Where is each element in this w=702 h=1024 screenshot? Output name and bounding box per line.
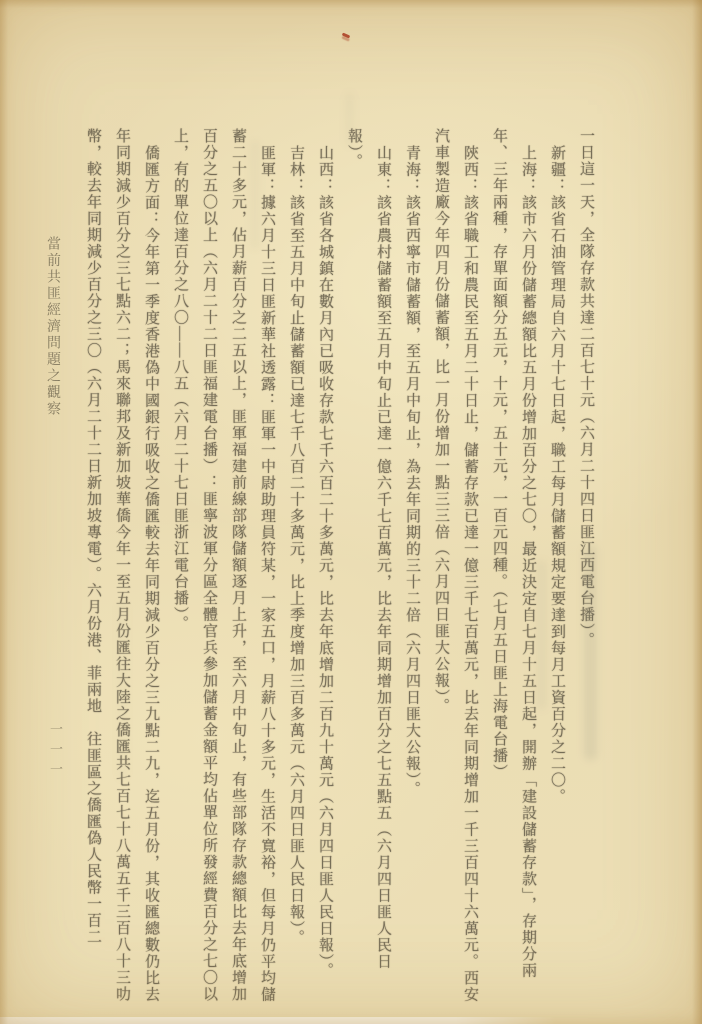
scanner-edge-strip	[0, 1017, 556, 1024]
ink-bleed-ghost	[250, 140, 260, 250]
entry-shanxi: 山西：該省各城鎮在數月內已吸收存款七千六百二十多萬元，比去年底增加二百九十萬元（…	[310, 128, 339, 1004]
entry-shanghai: 上海：該市六月份儲蓄總額比五月份增加百分之七〇，最近決定自七月十五日起，開辦「建…	[484, 128, 542, 1004]
ink-bleed-ghost	[118, 600, 127, 780]
ink-bleed-ghost	[536, 560, 547, 710]
paper-edge-shading-right	[692, 0, 702, 1024]
ink-bleed-ghost	[345, 92, 354, 147]
page-number: 一一一	[46, 722, 65, 782]
entry-qinghai: 青海：該省西寧市儲蓄額，至五月中旬止，為去年同期的三十二倍（六月四日匪大公報）。	[397, 128, 426, 1004]
entry-jilin: 吉林：該省至五月中旬止儲蓄額已達七千八百二十多萬元，比上季度增加三百多萬元（六月…	[281, 128, 310, 1004]
document-body: 一日這一天，全隊存款共達二百七十元（六月二十四日匪江西電台播）。 新疆：該省石油…	[78, 128, 600, 1004]
red-ink-speck	[342, 33, 351, 39]
scanned-page: 一日這一天，全隊存款共達二百七十元（六月二十四日匪江西電台播）。 新疆：該省石油…	[0, 0, 702, 1024]
margin-title: 當前共匪經濟問題之觀察	[42, 236, 62, 418]
entry-bandit-army: 匪軍：據六月十三日匪新華社透露：匪軍一中尉助理員符某，一家五口，月薪八十多元，生…	[165, 128, 281, 1004]
paper-edge-shading-left	[0, 0, 8, 1024]
entry-shandong: 山東：該省農村儲蓄額至五月中旬止已達一億六千七百萬元，比去年同期增加百分之七五點…	[339, 128, 397, 1004]
entry-shaanxi: 陝西：該省職工和農民至五月二十日止，儲蓄存款已達一億三千七百萬元，比去年同期增加…	[426, 128, 484, 1004]
entry-overseas-remittance: 僑匯方面：今年第一季度香港偽中國銀行吸收之僑匯較去年同期減少百分之三九點二九，迄…	[78, 128, 165, 1004]
ink-bleed-ghost	[584, 545, 597, 760]
paper-edge-shading-top	[0, 0, 702, 8]
